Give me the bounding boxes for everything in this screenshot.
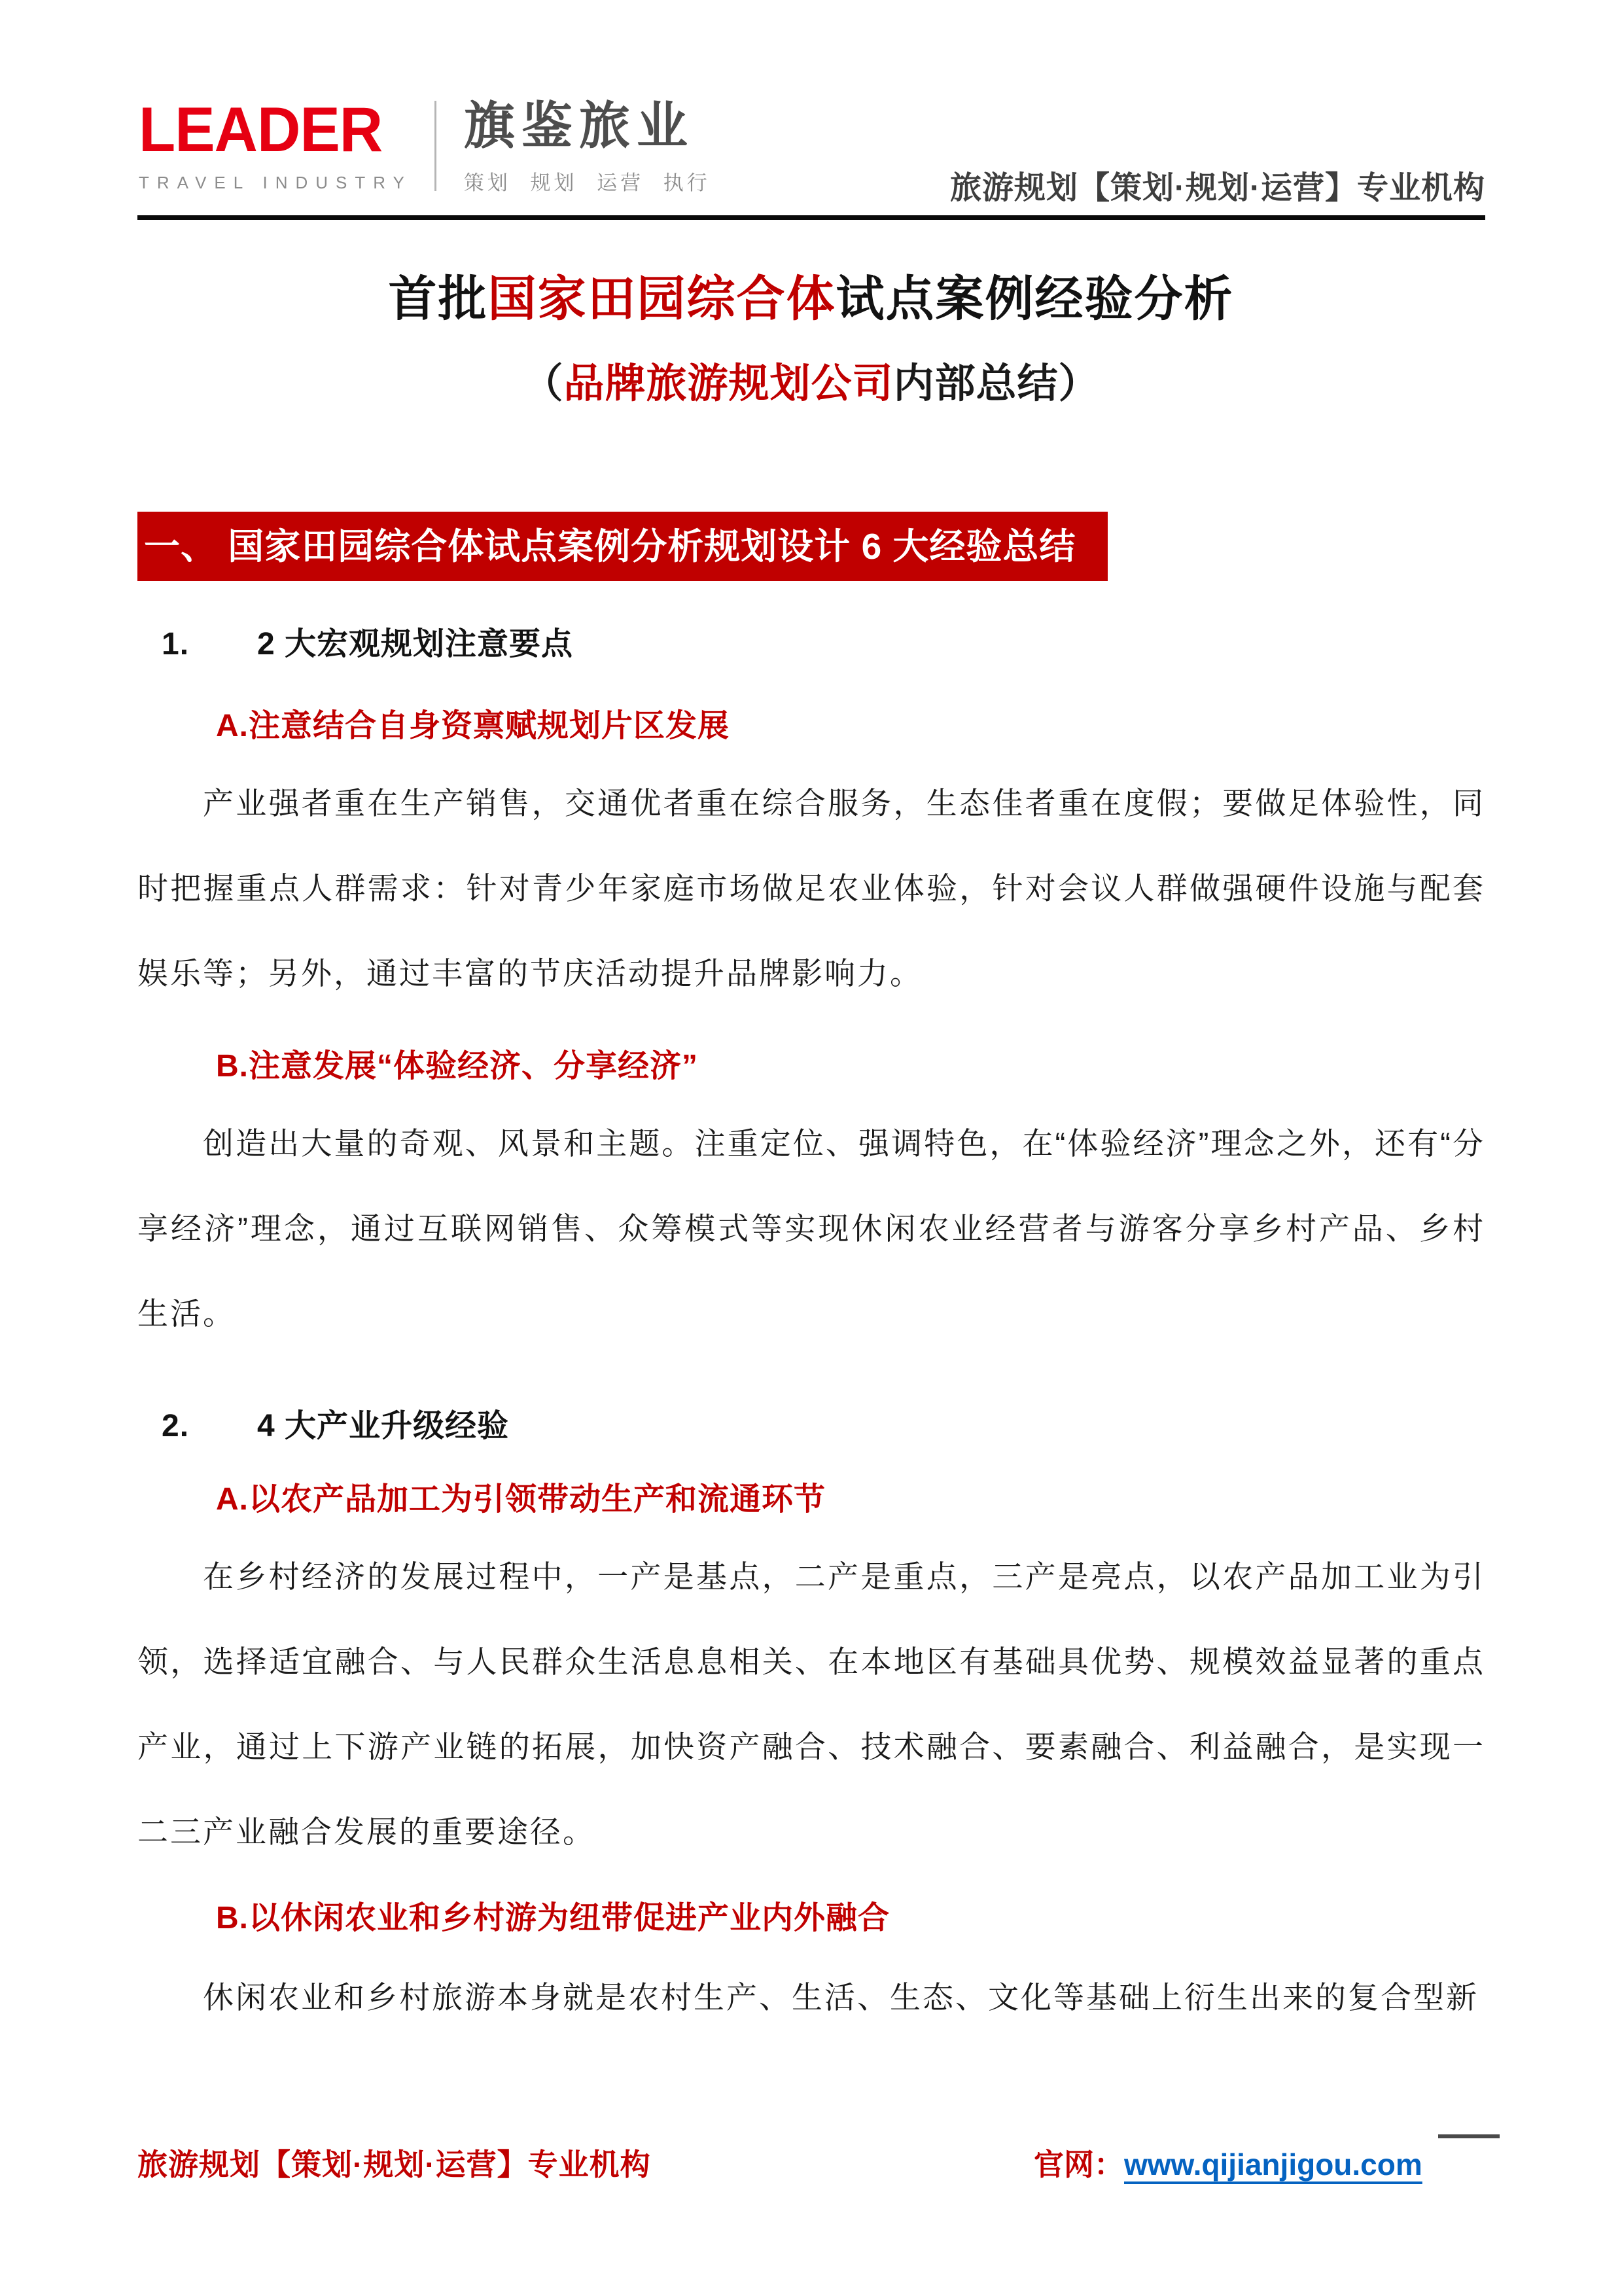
logo-travel-industry-label: TRAVEL INDUSTRY (139, 173, 412, 193)
paragraph-3: 在乡村经济的发展过程中，一产是基点，二产是重点，三产是亮点，以农产品加工业为引领… (137, 1534, 1485, 1875)
title-prefix: 首批 (389, 272, 488, 326)
heading-2-number: 2. (162, 1408, 257, 1444)
logo-chinese-slogan: 策划 规划 运营 执行 (464, 166, 711, 196)
title-suffix: 试点案例经验分析 (836, 272, 1234, 326)
subtitle-open-paren: （ (522, 361, 563, 406)
document-page: LEADER TRAVEL INDUSTRY 旗鉴旅业 策划 规划 运营 执行 … (0, 0, 1622, 2296)
paragraph-4: 休闲农业和乡村旅游本身就是农村生产、生活、生态、文化等基础上衍生出来的复合型新 (137, 1955, 1485, 2040)
company-logo: LEADER TRAVEL INDUSTRY 旗鉴旅业 策划 规划 运营 执行 (139, 98, 711, 196)
footer-site-link[interactable]: www.qijianjigou.com (1124, 2147, 1422, 2181)
page-title: 首批国家田园综合体试点案例经验分析 (0, 260, 1622, 330)
footer-tagline: 旅游规划【策划·规划·运营】专业机构 (137, 2141, 651, 2184)
logo-chinese-wordmark: 旗鉴旅业 (464, 98, 711, 153)
header-tagline: 旅游规划【策划·规划·运营】专业机构 (950, 162, 1485, 207)
heading-1-text: 2 大宏观规划注意要点 (257, 627, 573, 662)
paragraph-2: 创造出大量的奇观、风景和主题。注重定位、强调特色，在“体验经济”理念之外，还有“… (137, 1101, 1485, 1356)
page-subtitle: （品牌旅游规划公司内部总结） (0, 351, 1622, 409)
subheading-2b: B.以休闲农业和乡村游为纽带促进产业内外融合 (216, 1892, 890, 1937)
logo-divider (434, 101, 436, 191)
heading-1-number: 1. (162, 626, 257, 662)
paragraph-1: 产业强者重在生产销售，交通优者重在综合服务，生态佳者重在度假；要做足体验性，同时… (137, 761, 1485, 1016)
heading-1: 1.2 大宏观规划注意要点 (162, 618, 573, 663)
heading-2-text: 4 大产业升级经验 (257, 1409, 509, 1443)
footer-separator-dash (1438, 2134, 1500, 2138)
header-rule (137, 215, 1485, 220)
subheading-1b: B.注意发展“体验经济、分享经济” (216, 1040, 698, 1086)
footer-website: 官网：www.qijianjigou.com (1034, 2141, 1422, 2184)
section-banner: 一、 国家田园综合体试点案例分析规划设计 6 大经验总结 (137, 512, 1108, 581)
subtitle-highlight: 品牌旅游规划公司 (563, 361, 893, 406)
subheading-1a: A.注意结合自身资禀赋规划片区发展 (216, 700, 730, 745)
subtitle-rest: 内部总结） (894, 361, 1100, 406)
logo-english-block: LEADER TRAVEL INDUSTRY (139, 98, 412, 193)
subheading-2a: A.以农产品加工为引领带动生产和流通环节 (216, 1474, 826, 1519)
title-highlight: 国家田园综合体 (488, 272, 836, 326)
heading-2: 2.4 大产业升级经验 (162, 1400, 509, 1445)
logo-leader-wordmark: LEADER (139, 98, 412, 162)
footer-site-label: 官网： (1034, 2147, 1124, 2181)
logo-chinese-block: 旗鉴旅业 策划 规划 运营 执行 (464, 98, 711, 196)
